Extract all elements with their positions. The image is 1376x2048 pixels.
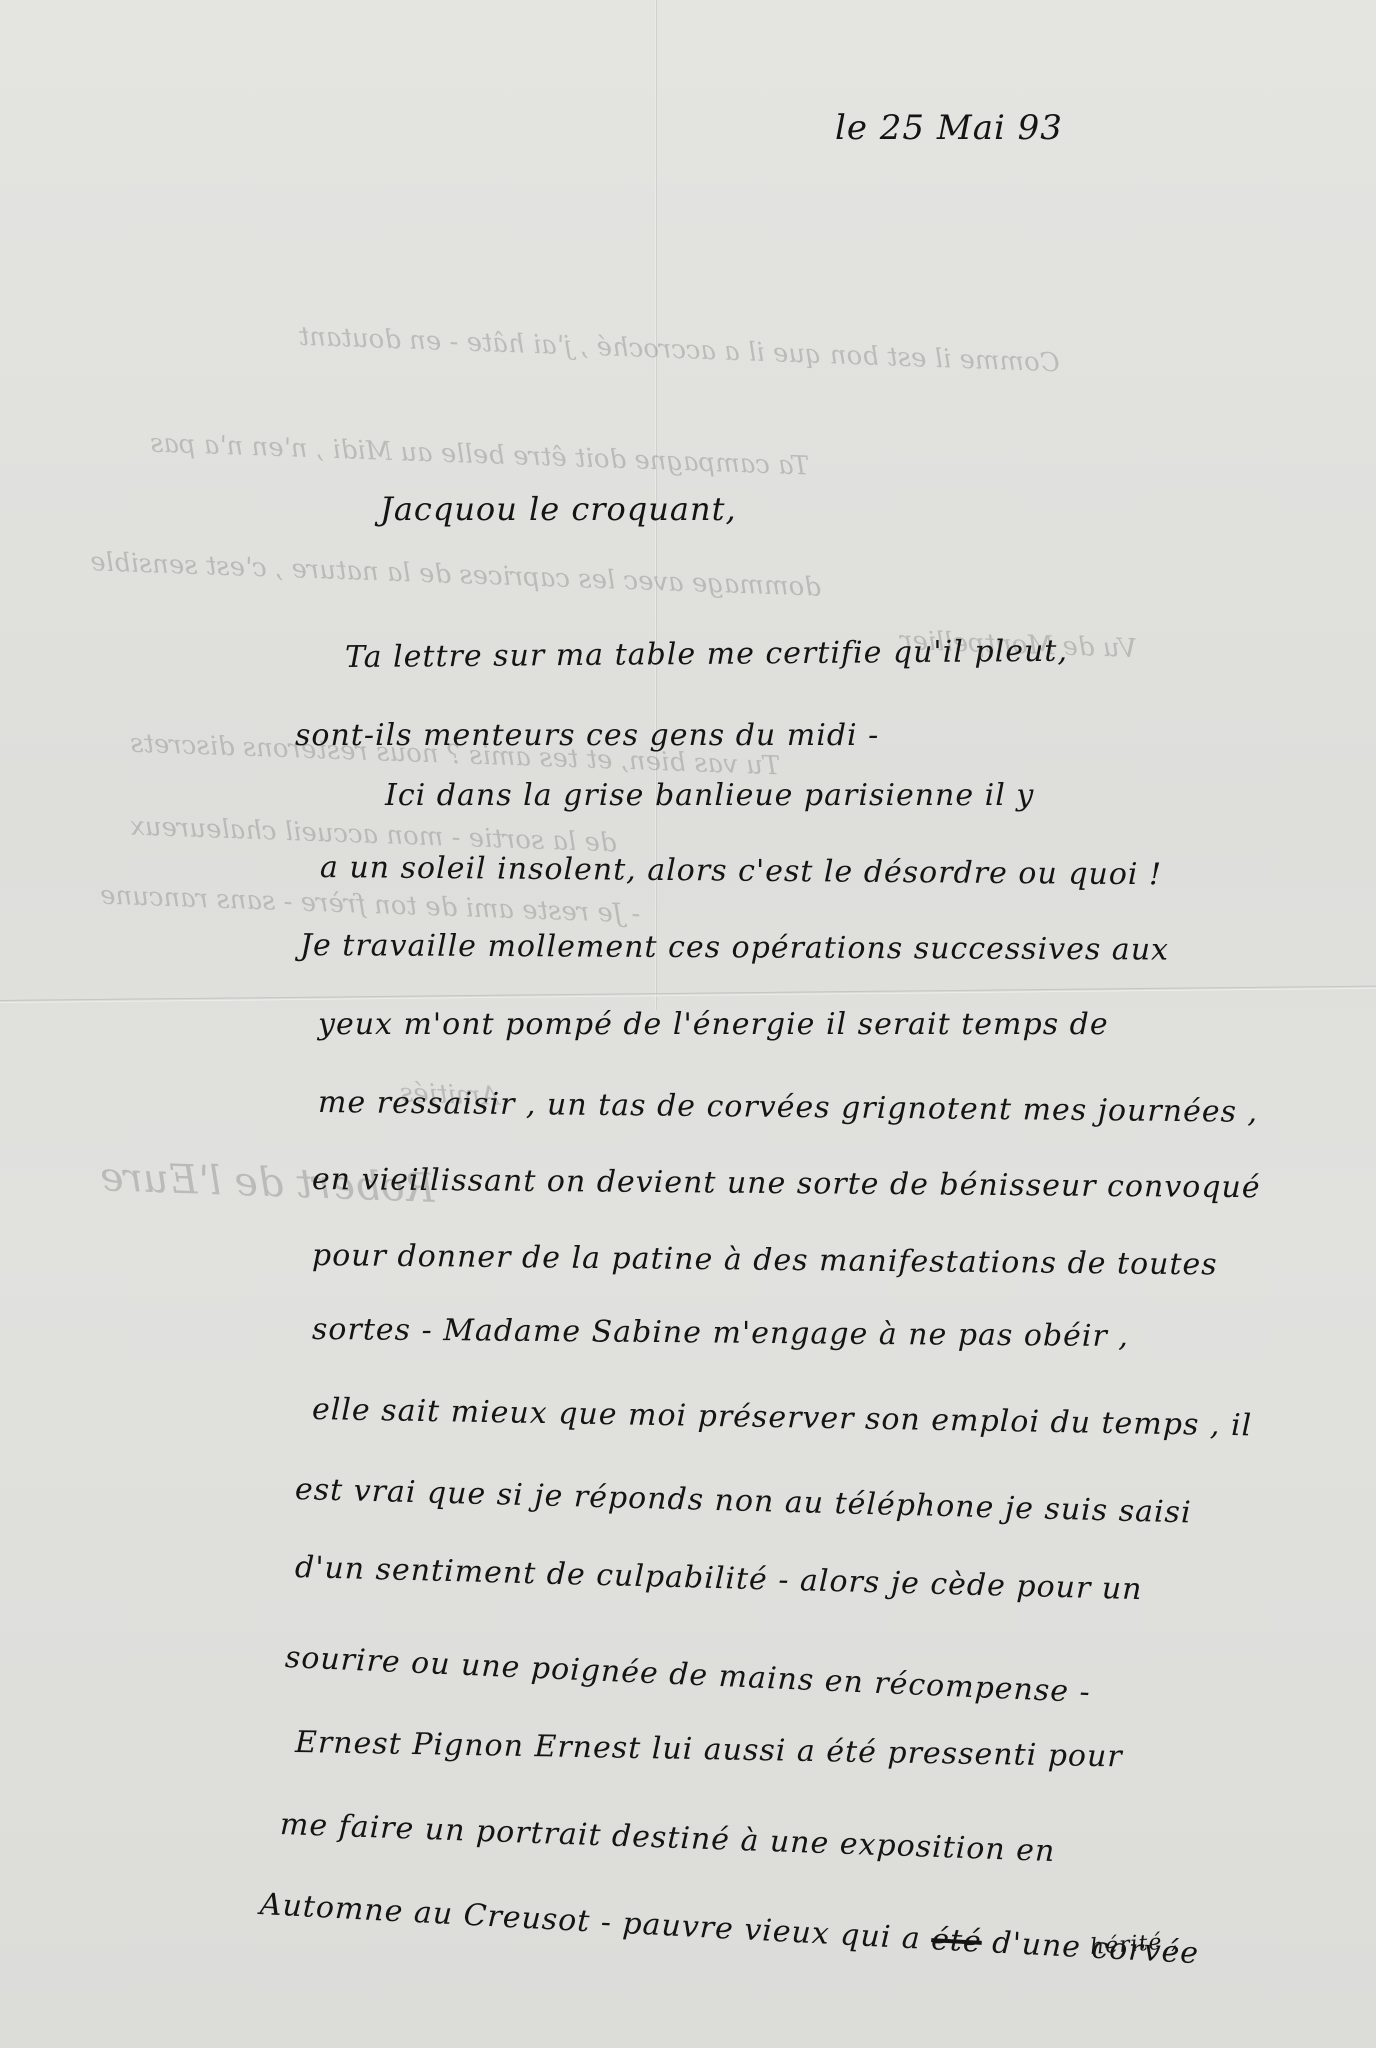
letter-line: elle sait mieux que moi préserver son em… xyxy=(312,1392,1253,1443)
letter-line: me ressaisir , un tas de corvées grignot… xyxy=(318,1085,1258,1130)
letter-page: Comme il est bon que il a accroché , j'a… xyxy=(0,0,1376,2048)
struck-word: été xyxy=(930,1922,982,1960)
letter-line-final-text: Automne au Creusot - pauvre vieux qui a xyxy=(259,1887,922,1957)
bleed-through-line: Ta campagne doit être belle au Midi , n'… xyxy=(150,429,810,482)
letter-line: Ta lettre sur ma table me certifie qu'il… xyxy=(345,634,1068,675)
bleed-through-line: Comme il est bon que il a accroché , j'a… xyxy=(10,312,1060,379)
letter-line: sourire ou une poignée de mains en récom… xyxy=(284,1640,1091,1710)
letter-line: Ernest Pignon Ernest lui aussi a été pre… xyxy=(295,1725,1123,1774)
letter-line-final: Automne au Creusot - pauvre vieux qui a … xyxy=(259,1887,1200,1971)
letter-salutation: Jacquou le croquant, xyxy=(380,490,737,528)
letter-line: Je travaille mollement ces opérations su… xyxy=(300,928,1169,968)
horizontal-fold-crease xyxy=(0,986,1376,1003)
letter-line: Ici dans la grise banlieue parisienne il… xyxy=(385,778,1034,813)
letter-line: yeux m'ont pompé de l'énergie il serait … xyxy=(318,1007,1109,1042)
letter-line: est vrai que si je réponds non au téléph… xyxy=(295,1472,1192,1530)
letter-date: le 25 Mai 93 xyxy=(835,108,1063,148)
letter-line: a un soleil insolent, alors c'est le dés… xyxy=(320,850,1162,892)
letter-line: d'un sentiment de culpabilité - alors je… xyxy=(295,1550,1143,1607)
letter-line: sont-ils menteurs ces gens du midi - xyxy=(295,718,879,753)
bleed-through-line: - Je reste ami de ton frère - sans rancu… xyxy=(100,881,641,930)
letter-line: sortes - Madame Sabine m'engage à ne pas… xyxy=(312,1312,1129,1354)
bleed-through-line: dommage avec les caprices de la nature ,… xyxy=(90,547,822,602)
letter-line: pour donner de la patine à des manifesta… xyxy=(312,1238,1218,1282)
letter-line: me faire un portrait destiné à une expos… xyxy=(279,1807,1055,1869)
letter-line: en vieillissant on devient une sorte de … xyxy=(312,1162,1261,1205)
